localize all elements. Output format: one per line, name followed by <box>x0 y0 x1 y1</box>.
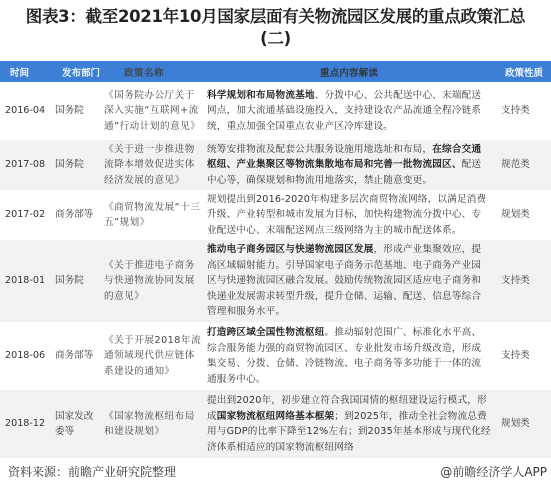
table-row: 2017-08 国务院 《关于进一步推进物流降本增效促进实体经济发展的意见》 统… <box>0 140 551 190</box>
content-text: 规划提出到2016-2020年构建多层次商贸物流网络，以满足消费升级、产业转型和… <box>207 194 486 221</box>
content-highlight: 国家物流枢纽网络基本框架 <box>217 411 335 422</box>
cell-name: 《国务院办公厅关于深入实施“互联网+流通”行动计划的意见》 <box>102 88 204 135</box>
cell-name: 《关于进一步推进物流降本增效促进实体经济发展的意见》 <box>102 142 204 189</box>
cell-type: 支持类 <box>499 348 551 364</box>
content-highlight: 打造跨区域全国性物流枢纽 <box>207 327 325 338</box>
table-row: 2016-04 国务院 《国务院办公厅关于深入实施“互联网+流通”行动计划的意见… <box>0 82 551 140</box>
chart-title: 图表3：截至2021年10月国家层面有关物流园区发展的重点政策汇总 (二) <box>0 6 551 50</box>
cell-content: 打造跨区域全国性物流枢纽。推动辐射范围广、标准化水平高、综合服务能力强的商贸物流… <box>204 325 499 387</box>
cell-dept: 国务院 <box>52 103 102 119</box>
cell-content: 规划提出到2016-2020年构建多层次商贸物流网络，以满足消费升级、产业转型和… <box>204 192 499 239</box>
cell-type: 规划类 <box>499 207 551 223</box>
cell-content: 提出到2020年，初步建立符合我国国情的枢纽建设运行模式，形成国家物流枢纽网络基… <box>204 393 499 455</box>
cell-type: 规划类 <box>499 416 551 432</box>
cell-name: 《国家物流枢纽布局和建设规划》 <box>102 409 204 440</box>
cell-content: 推动电子商务园区与快递物流园区发展，形成产业集聚效应，提高区域辐射能力。引导国家… <box>204 242 499 320</box>
cell-dept: 商务部等 <box>52 207 102 223</box>
content-highlight: 科学规划和布局物流基地 <box>207 90 315 101</box>
cell-content: 科学规划和布局物流基地、分拨中心、公共配送中心、末端配送网点，加大流通基础设施投… <box>204 88 499 135</box>
header-name: 政策名称 <box>102 65 204 79</box>
cell-time: 2017-02 <box>0 207 52 223</box>
title-line-1: 图表3：截至2021年10月国家层面有关物流园区发展的重点政策汇总 <box>0 6 551 28</box>
table-row: 2018-01 国务院 《关于推进电子商务与快递物流协同发展的意见》 推动电子商… <box>0 240 551 322</box>
table-row: 2018-06 商务部等 《关于开展2018年流通领域现代供应链体系建设的通知》… <box>0 322 551 390</box>
title-line-2: (二) <box>0 28 551 50</box>
cell-time: 2018-12 <box>0 416 52 432</box>
cell-dept: 国家发改委等 <box>52 409 102 440</box>
header-dept: 发布部门 <box>52 65 102 79</box>
header-type: 政策性质 <box>499 65 551 79</box>
header-content: 重点内容解读 <box>204 65 499 79</box>
cell-dept: 国务院 <box>52 157 102 173</box>
cell-dept: 国务院 <box>52 273 102 289</box>
cell-content: 统筹安排物流及配套公共服务设施用地选址和布局，在综合交通枢纽、产业集聚区等物流集… <box>204 142 499 189</box>
content-text: 统筹安排物流及配套公共服务设施用地选址和布局， <box>207 144 432 155</box>
cell-name: 《关于推进电子商务与快递物流协同发展的意见》 <box>102 258 204 305</box>
cell-type: 支持类 <box>499 273 551 289</box>
table-row: 2018-12 国家发改委等 《国家物流枢纽布局和建设规划》 提出到2020年，… <box>0 390 551 458</box>
cell-name: 《商贸物流发展“十三五”规划》 <box>102 200 204 231</box>
footer: 资料来源：前瞻产业研究院整理 @前瞻经济学人APP <box>0 463 551 483</box>
table-row: 2017-02 商务部等 《商贸物流发展“十三五”规划》 规划提出到2016-2… <box>0 190 551 240</box>
table-header: 时间 发布部门 政策名称 重点内容解读 政策性质 <box>0 61 551 82</box>
cell-time: 2017-08 <box>0 157 52 173</box>
cell-time: 2018-01 <box>0 273 52 289</box>
brand-watermark: @前瞻经济学人APP <box>440 463 547 480</box>
policy-table: 时间 发布部门 政策名称 重点内容解读 政策性质 2016-04 国务院 《国务… <box>0 61 551 458</box>
content-highlight: 推动电子商务园区与快递物流园区发展 <box>207 244 374 255</box>
cell-name: 《关于开展2018年流通领域现代供应链体系建设的通知》 <box>102 333 204 380</box>
cell-dept: 商务部等 <box>52 348 102 364</box>
cell-type: 规范类 <box>499 157 551 173</box>
cell-type: 支持类 <box>499 103 551 119</box>
header-time: 时间 <box>0 65 52 79</box>
cell-time: 2016-04 <box>0 103 52 119</box>
cell-time: 2018-06 <box>0 348 52 364</box>
source-note: 资料来源：前瞻产业研究院整理 <box>8 463 176 480</box>
